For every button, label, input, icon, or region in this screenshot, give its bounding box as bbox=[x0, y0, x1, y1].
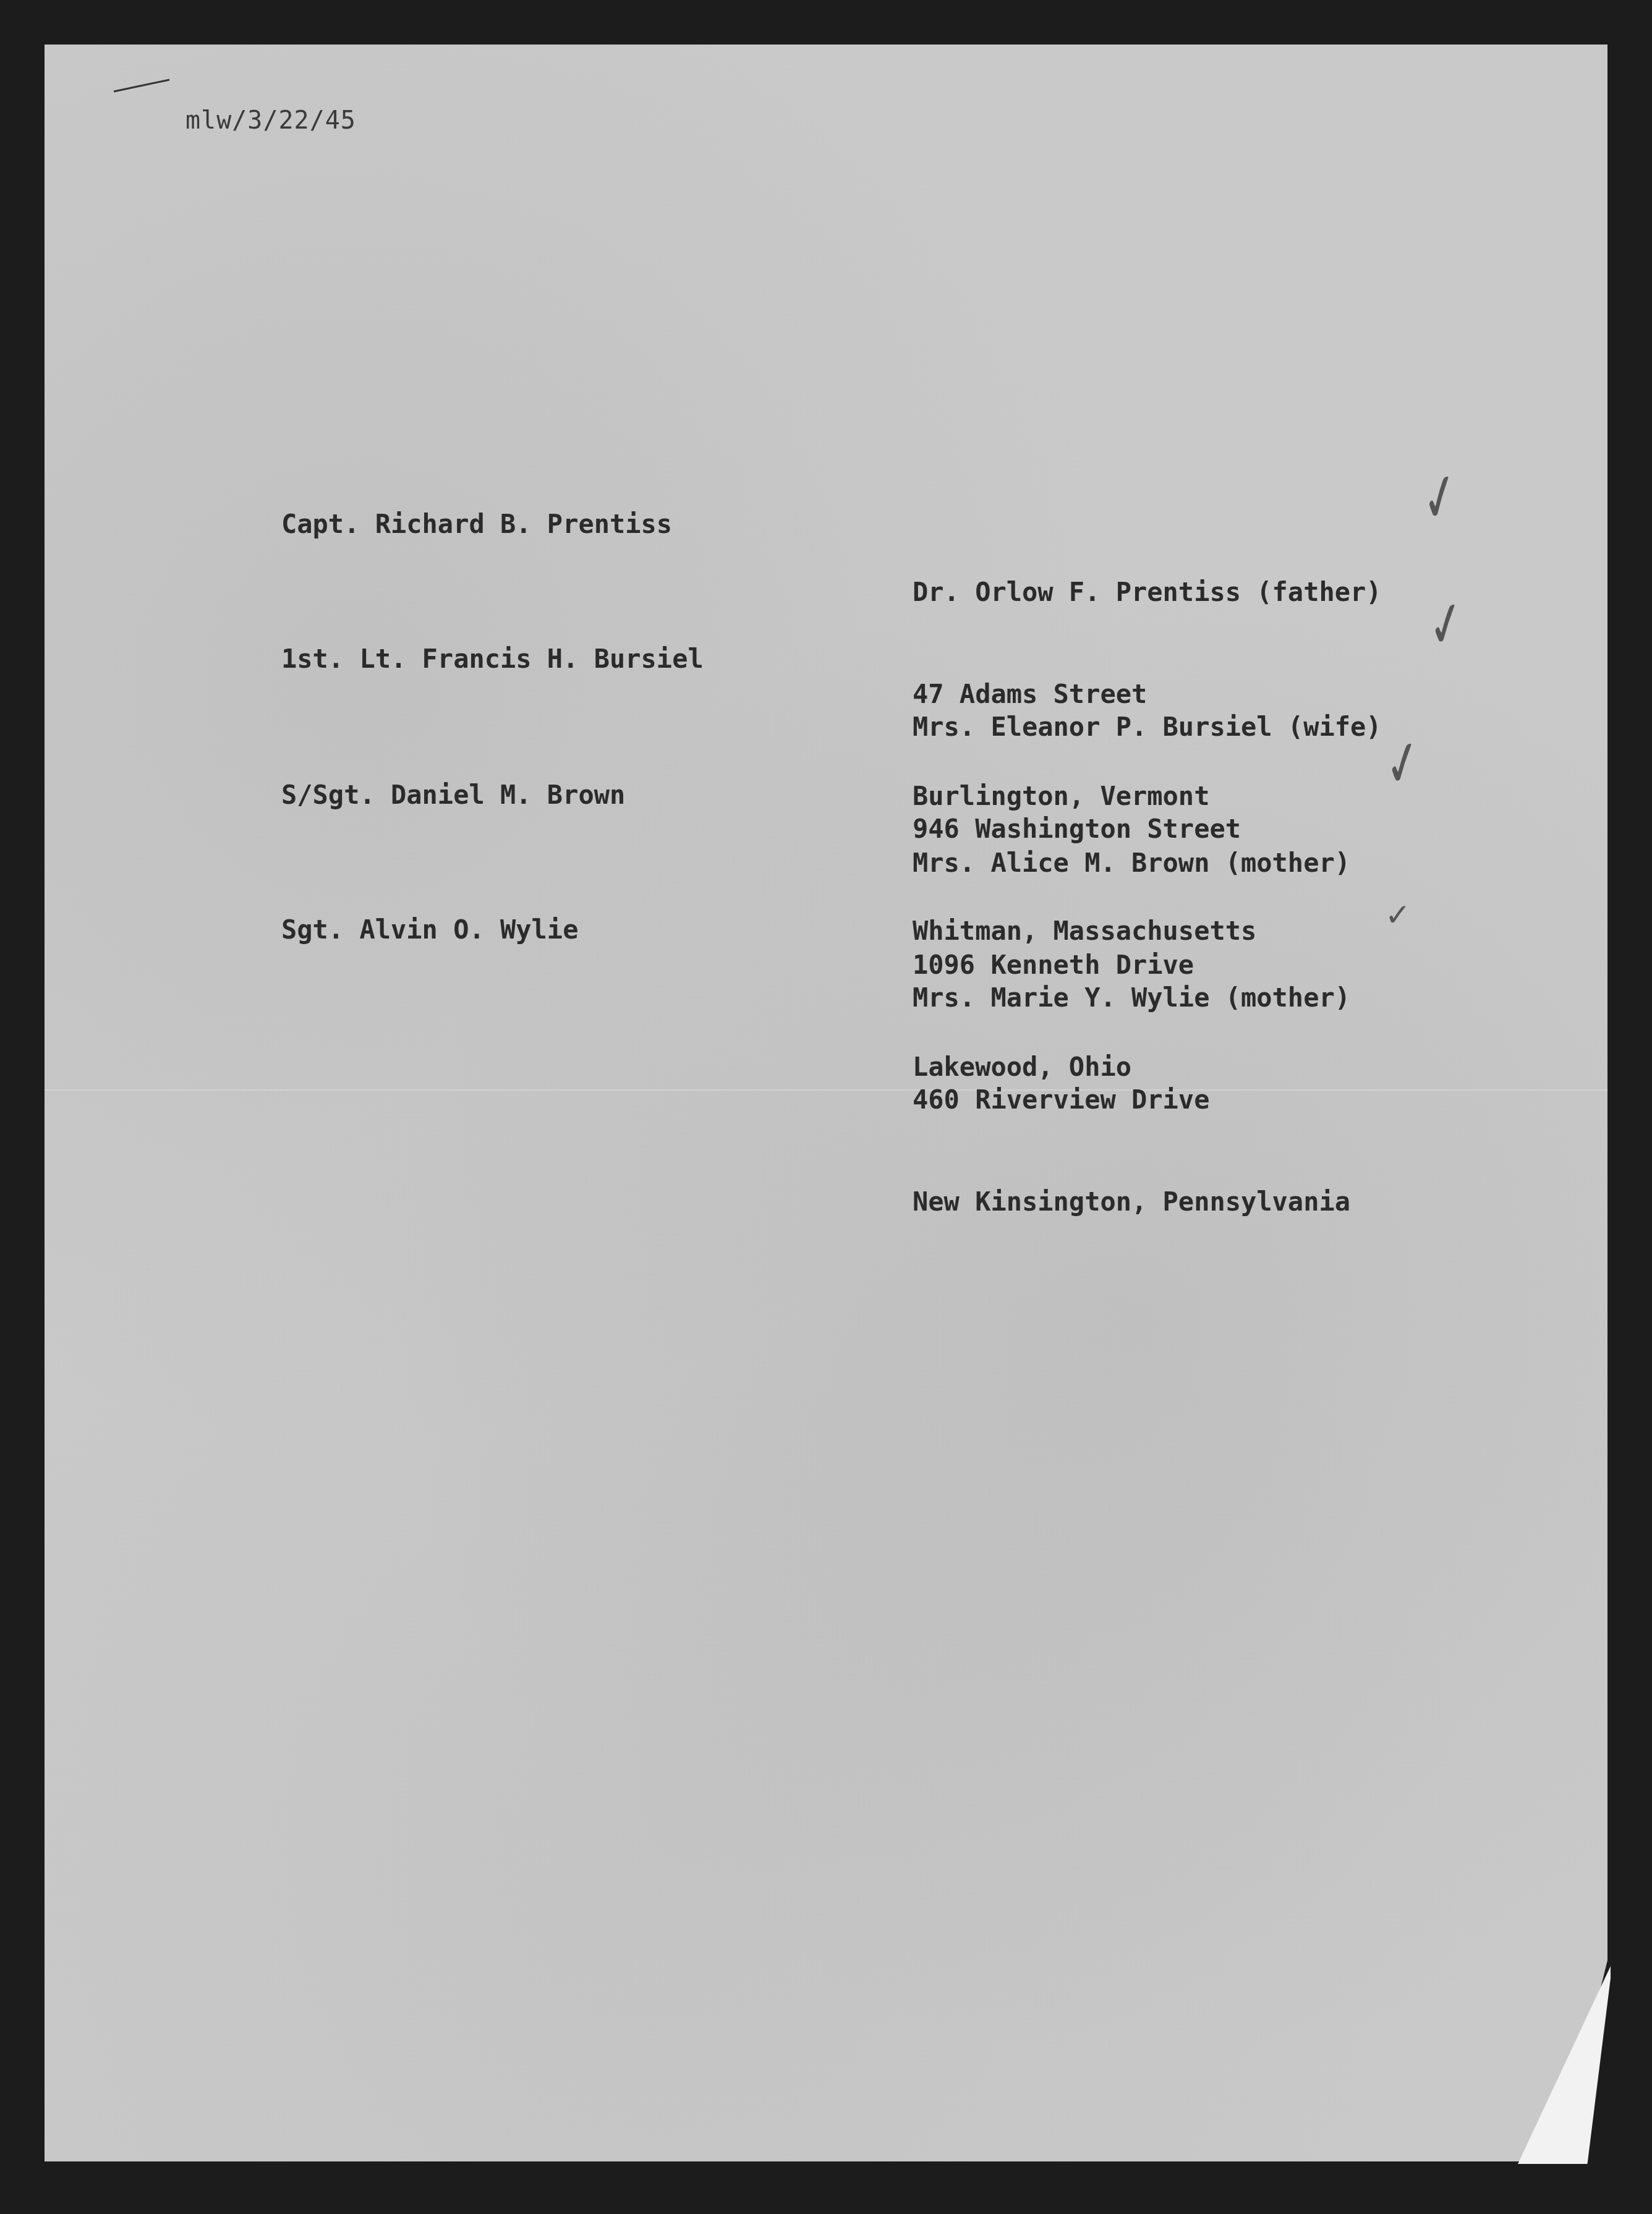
document-page bbox=[45, 45, 1607, 2161]
serviceman-name: Capt. Richard B. Prentiss bbox=[281, 507, 672, 541]
reference-code: mlw/3/22/45 bbox=[185, 106, 356, 135]
contact-name: Mrs. Marie Y. Wylie (mother) bbox=[913, 981, 1350, 1015]
contact-name: Dr. Orlow F. Prentiss (father) bbox=[913, 575, 1382, 609]
serviceman-name: 1st. Lt. Francis H. Bursiel bbox=[281, 642, 704, 676]
checkmark-icon: ✓ bbox=[1385, 900, 1411, 930]
page-crease bbox=[45, 1089, 1607, 1091]
serviceman-name: S/Sgt. Daniel M. Brown bbox=[281, 778, 625, 812]
contact-street: 460 Riverview Drive bbox=[913, 1083, 1350, 1117]
next-of-kin: Mrs. Marie Y. Wylie (mother) 460 Rivervi… bbox=[913, 913, 1350, 1253]
contact-name: Mrs. Eleanor P. Bursiel (wife) bbox=[913, 710, 1382, 744]
contact-city: New Kinsington, Pennsylvania bbox=[913, 1185, 1350, 1219]
contact-name: Mrs. Alice M. Brown (mother) bbox=[913, 846, 1350, 880]
serviceman-name: Sgt. Alvin O. Wylie bbox=[281, 913, 578, 947]
